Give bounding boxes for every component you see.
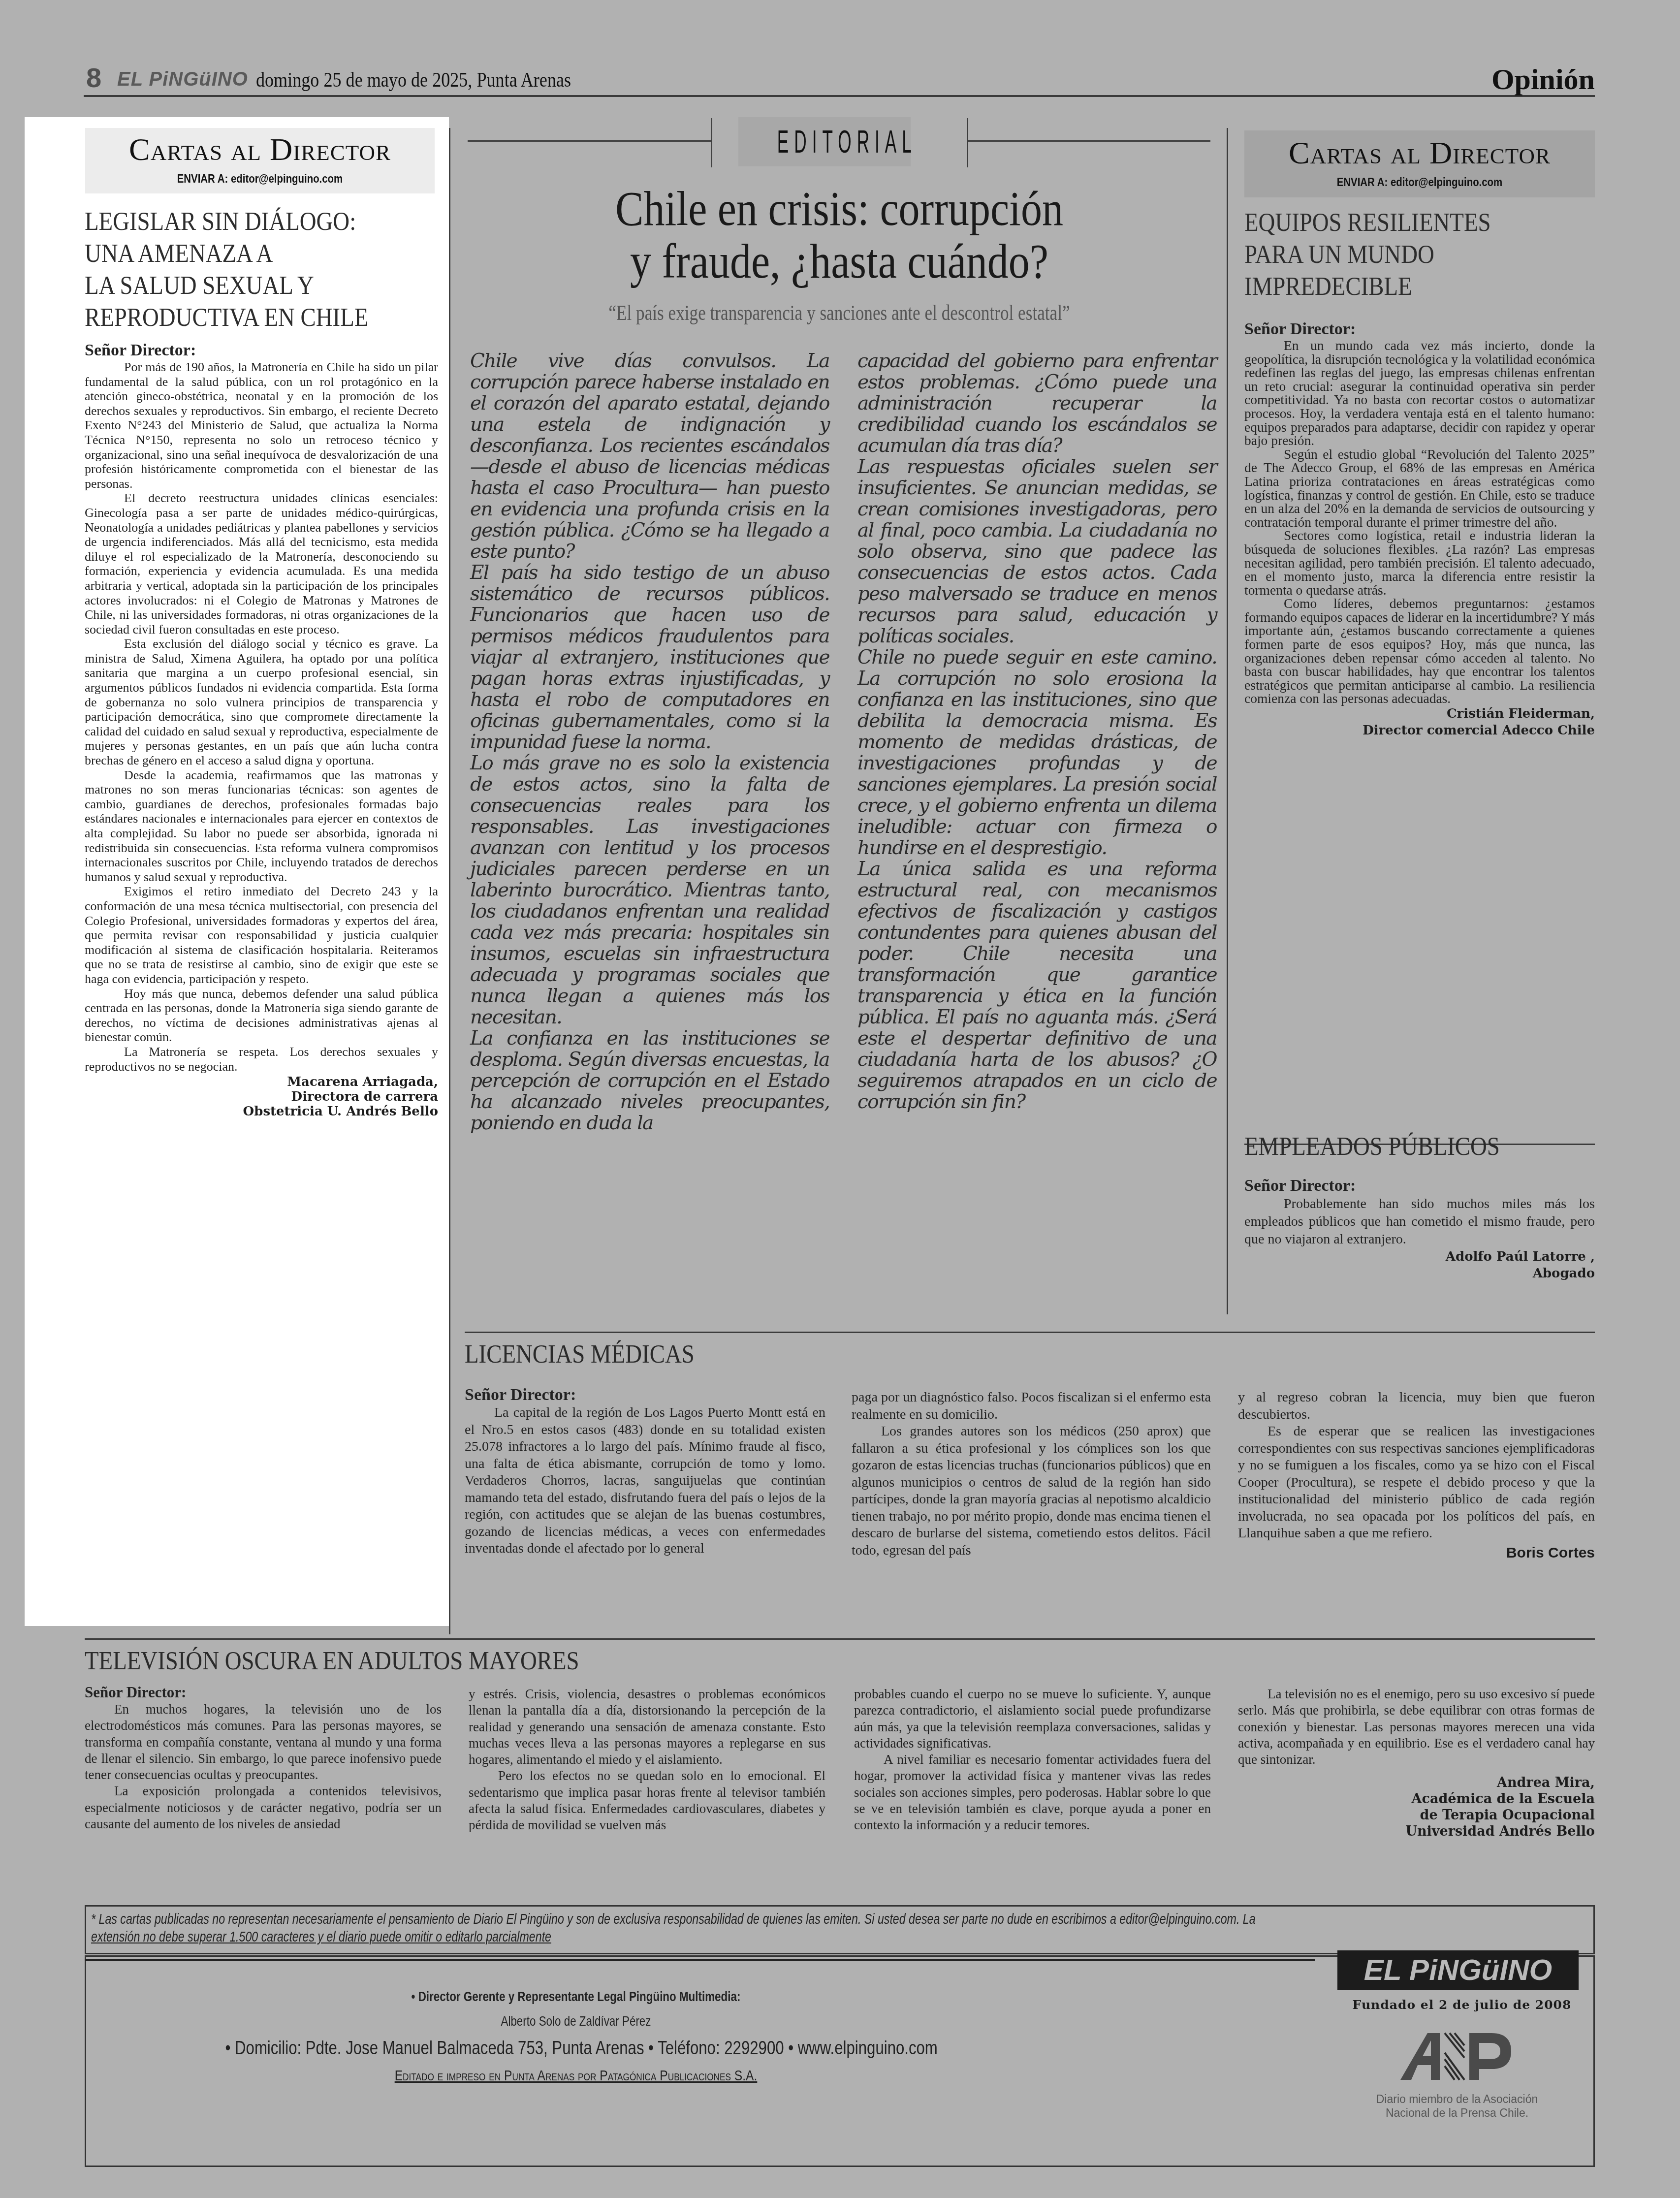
editorial-paragraph: La confianza en las instituciones se des… [470,1028,829,1134]
cartas-al-director-box: Cartas al Director ENVIAR A: editor@elpi… [85,128,435,193]
paragraph: Es de esperar que se realicen las invest… [1238,1423,1595,1542]
editorial-label: EDITORIAL [777,117,872,166]
editorial-subtitle: “El país exige transparencia y sanciones… [542,300,1137,325]
licencias-column-2: paga por un diagnóstico falso. Pocos fis… [852,1389,1211,1559]
editorial-bracket-right [967,118,968,167]
paragraph: y al regreso cobran la licencia, muy bie… [1238,1389,1595,1423]
section-divider [465,1332,1595,1333]
column-divider [449,128,450,1634]
paragraph: Probablemente han sido muchos miles más … [1244,1195,1595,1248]
television-column-2: y estrés. Crisis, violencia, desastres o… [469,1686,825,1834]
headline-line: UNA AMENAZA A [85,238,412,270]
signature-affiliation: Obstetricia U. Andrés Bello [85,1104,438,1119]
cartas-title: Cartas al Director [1244,137,1595,169]
paragraph: y estrés. Crisis, violencia, desastres o… [469,1686,825,1768]
editorial-title-line: y fraude, ¿hasta cuándo? [520,235,1159,287]
anp-caption-line: Nacional de la Prensa Chile. [1351,2106,1563,2120]
printer-line: Editado e impreso en Punta Arenas por Pa… [293,2068,858,2084]
address-line: • Domicilio: Pdte. Jose Manuel Balmaceda… [225,2038,932,2059]
headline-line: LA SALUD SEXUAL Y [85,270,412,302]
paragraph: Hoy más que nunca, debemos defender una … [85,987,438,1045]
signature-title: Académica de la Escuela [1238,1791,1595,1807]
television-column-1: Señor Director: En muchos hogares, la te… [85,1684,442,1832]
paragraph: Exigimos el retiro inmediato del Decreto… [85,884,438,986]
cartas-title: Cartas al Director [85,134,435,165]
salutation: Señor Director: [85,1684,442,1701]
paragraph: Esta exclusión del diálogo social y técn… [85,637,438,767]
disclaimer-box: * Las cartas publicadas no representan n… [85,1905,1595,1954]
letter-text: La capital de la región de Los Lagos Pue… [465,1404,825,1558]
editorial-paragraph: capacidad del gobierno para enfrentar es… [857,350,1217,456]
signature-name: Adolfo Paúl Latorre , [1244,1248,1595,1265]
editorial-paragraph: Chile vive días convulsos. La corrupción… [470,350,829,562]
signature: Macarena Arriagada, Directora de carrera… [85,1075,438,1119]
headline-line: LEGISLAR SIN DIÁLOGO: [85,206,412,238]
anp-caption-line: Diario miembro de la Asociación [1351,2092,1563,2106]
column-divider [1227,128,1228,1314]
letter-text: Por más de 190 años, la Matronería en Ch… [85,360,438,1074]
salutation: Señor Director: [1244,1177,1595,1195]
masthead-rule [85,1959,1315,1961]
cartas-al-director-box-right: Cartas al Director ENVIAR A: editor@elpi… [1244,130,1595,197]
paragraph: Por más de 190 años, la Matronería en Ch… [85,360,438,491]
editorial-rule-right [968,140,1210,142]
television-column-4: La televisión no es el enemigo, pero su … [1238,1686,1595,1840]
anp-logo [1400,2031,1514,2082]
paragraph: Desde la academia, reafirmamos que las m… [85,768,438,885]
headline-line: EQUIPOS RESILIENTES [1244,207,1563,239]
paragraph: La Matronería se respeta. Los derechos s… [85,1045,438,1074]
letter-text: Probablemente han sido muchos miles más … [1244,1195,1595,1248]
cartas-email: ENVIAR A: editor@elpinguino.com [1270,176,1568,190]
paragraph: paga por un diagnóstico falso. Pocos fis… [852,1389,1211,1423]
paragraph: La capital de la región de Los Lagos Pue… [465,1404,825,1558]
signature: Adolfo Paúl Latorre , Abogado [1244,1248,1595,1282]
editorial-paragraph: Las respuestas oficiales suelen ser insu… [857,456,1217,647]
paragraph: Según el estudio global “Revolución del … [1244,447,1595,529]
letter-text: En un mundo cada vez más incierto, donde… [1244,339,1595,705]
signature-name: Boris Cortes [1238,1544,1595,1562]
paragraph: A nivel familiar es necesario fomentar a… [854,1752,1211,1833]
paragraph: probables cuando el cuerpo no se mueve l… [854,1686,1211,1752]
paragraph: En un mundo cada vez más incierto, donde… [1244,339,1595,447]
anp-logo-icon [1400,2031,1514,2082]
signature-title: Director comercial Adecco Chile [1244,722,1595,739]
television-headline: TELEVISIÓN OSCURA EN ADULTOS MAYORES [85,1647,579,1676]
editorial-title: Chile en crisis: corrupción y fraude, ¿h… [468,182,1211,287]
left-letter-body: Señor Director: Por más de 190 años, la … [85,341,438,1119]
signature: Boris Cortes [1238,1544,1595,1562]
headline-line: IMPREDECIBLE [1244,271,1563,303]
editorial-column-1: Chile vive días convulsos. La corrupción… [470,350,829,1134]
signature: Andrea Mira, Académica de la Escuela de … [1238,1775,1595,1840]
paragraph: La televisión no es el enemigo, pero su … [1238,1686,1595,1768]
cartas-email: ENVIAR A: editor@elpinguino.com [111,172,409,186]
editorial-paragraph: La única salida es una reforma estructur… [857,859,1217,1113]
signature-name: Cristián Fleiderman, [1244,705,1595,722]
date-line: domingo 25 de mayo de 2025, Punta Arenas [256,68,571,92]
editorial-title-line: Chile en crisis: corrupción [520,182,1159,235]
television-column-3: probables cuando el cuerpo no se mueve l… [854,1686,1211,1834]
editorial-paragraph: Lo más grave no es solo la existencia de… [470,753,829,1028]
signature-name: Macarena Arriagada, [85,1075,438,1089]
licencias-column-3: y al regreso cobran la licencia, muy bie… [1238,1389,1595,1562]
editorial-paragraph: Chile no puede seguir en este camino. La… [857,647,1217,859]
founded-date: Fundado el 2 de julio de 2008 [1334,1998,1590,2012]
page-header: 8 EL PiNGüINO domingo 25 de mayo de 2025… [84,62,1595,97]
headline-line: REPRODUCTIVA EN CHILE [85,302,412,334]
editorial-paragraph: El país ha sido testigo de un abuso sist… [470,562,829,753]
paragraph: Como líderes, debemos preguntarnos: ¿est… [1244,597,1595,705]
licencias-headline: LICENCIAS MÉDICAS [465,1340,695,1369]
director-label: • Director Gerente y Representante Legal… [300,1989,852,2005]
signature-affiliation: Universidad Andrés Bello [1238,1823,1595,1840]
disclaimer-line: * Las cartas publicadas no representan n… [91,1911,1289,1928]
paragraph: En muchos hogares, la televisión uno de … [85,1701,442,1783]
empleados-letter-body: Señor Director: Probablemente han sido m… [1244,1177,1595,1282]
editorial-rule-left [468,140,711,142]
signature-title: de Terapia Ocupacional [1238,1807,1595,1823]
signature-name: Andrea Mira, [1238,1775,1595,1791]
section-divider [85,1638,1595,1640]
salutation: Señor Director: [85,341,438,360]
signature-title: Abogado [1244,1265,1595,1282]
right-letter-headline: EQUIPOS RESILIENTES PARA UN MUNDO IMPRED… [1244,207,1599,303]
page-number: 8 [86,62,101,94]
newspaper-logo: EL PiNGüINO [117,68,248,91]
editorial-label-box: EDITORIAL [738,117,911,166]
paragraph: Sectores como logística, retail e indust… [1244,529,1595,597]
director-name: Alberto Solo de Zaldívar Pérez [300,2013,852,2029]
paragraph: La exposición prolongada a contenidos te… [85,1783,442,1832]
signature-title: Directora de carrera [85,1089,438,1104]
empleados-letter: EMPLEADOS PÚBLICOS [1244,1132,1595,1161]
right-letter-body: Señor Director: En un mundo cada vez más… [1244,320,1595,739]
editorial-column-2: capacidad del gobierno para enfrentar es… [857,350,1217,1113]
paragraph: Los grandes autores son los médicos (250… [852,1423,1211,1559]
licencias-column-1: Señor Director: La capital de la región … [465,1386,825,1558]
salutation: Señor Director: [1244,320,1595,339]
disclaimer-line: extensión no debe superar 1.500 caracter… [91,1928,1289,1946]
letter-text: En muchos hogares, la televisión uno de … [85,1701,442,1832]
headline-line: PARA UN MUNDO [1244,239,1563,271]
section-title: Opinión [1491,63,1595,96]
footer-newspaper-logo: EL PiNGüINO [1337,1950,1579,1990]
paragraph: Pero los efectos no se quedan solo en lo… [469,1768,825,1833]
paragraph: El decreto reestructura unidades clínica… [85,491,438,637]
letter-headline: EMPLEADOS PÚBLICOS [1244,1132,1560,1161]
anp-caption: Diario miembro de la Asociación Nacional… [1351,2092,1563,2120]
left-letter-headline: LEGISLAR SIN DIÁLOGO: UNA AMENAZA A LA S… [85,206,449,334]
signature: Cristián Fleiderman, Director comercial … [1244,705,1595,739]
salutation: Señor Director: [465,1386,825,1404]
editorial-bracket-left [711,118,712,167]
